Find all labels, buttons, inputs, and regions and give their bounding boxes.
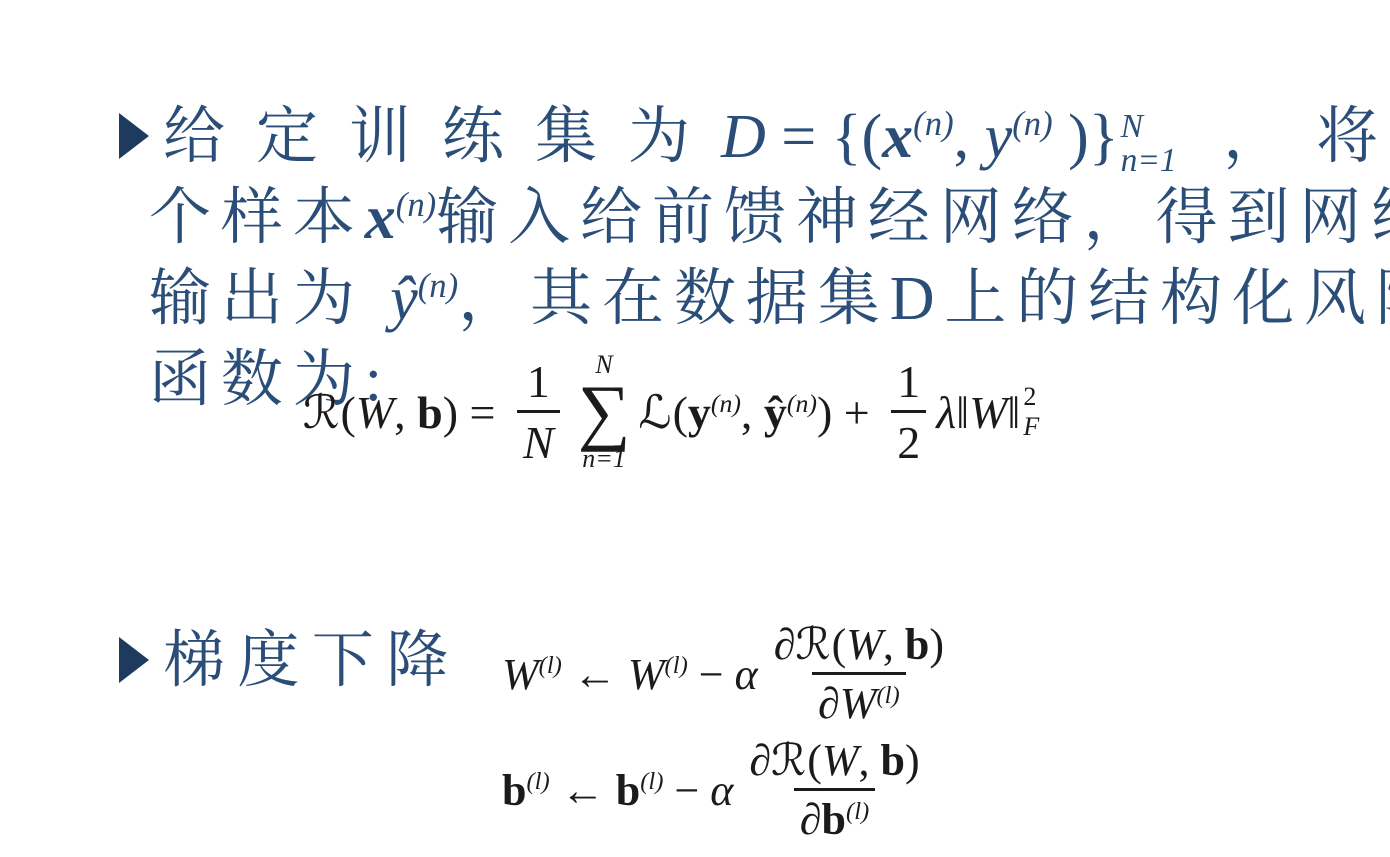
- set-limits: Nn=1: [1121, 110, 1177, 178]
- fraction-1-over-N: 1N: [517, 356, 560, 469]
- math-var-y: y: [985, 103, 1013, 171]
- math-var-x: x: [882, 103, 913, 171]
- math-var-W: W: [628, 650, 665, 699]
- math-var-b: b: [881, 736, 905, 785]
- partial: ∂: [800, 795, 822, 844]
- denominator: ∂W(l): [812, 672, 906, 728]
- numerator: 1: [891, 356, 926, 411]
- text-line-1: 给定训练集为D = {(x(n), y(n) )}Nn=1 ，将每: [26, 16, 1380, 97]
- numerator: 1: [521, 356, 556, 411]
- left-arrow-icon: ←: [550, 766, 616, 815]
- math-var-b: b: [822, 795, 846, 844]
- numerator: ∂ℛ(W, b): [768, 620, 950, 672]
- math-token: = {(: [766, 103, 882, 171]
- math-var-b: b: [417, 387, 443, 438]
- paren: (: [340, 387, 355, 438]
- bullet-triangle-icon: [119, 113, 149, 159]
- norm-sup-sub: 2F: [1023, 382, 1039, 442]
- norm-subscript-F: F: [1023, 412, 1039, 442]
- text-run: ，其在数据集D上的结构化风险: [458, 265, 1390, 333]
- superscript-l: (l): [526, 768, 549, 795]
- denominator: N: [517, 410, 560, 469]
- math-token: )}: [1053, 103, 1119, 171]
- norm-bar: ‖: [956, 387, 969, 438]
- comma: ,: [859, 736, 881, 785]
- math-var-b: b: [502, 766, 526, 815]
- paragraph-structured-risk: 给定训练集为D = {(x(n), y(n) )}Nn=1 ，将每 个样本x(n…: [26, 16, 1380, 340]
- math-var-W: W: [969, 387, 1007, 438]
- math-row: b(l) ← b(l) − α: [502, 765, 733, 816]
- gradient-fraction: ∂ℛ(W, b) ∂b(l): [743, 736, 925, 845]
- partial: ∂: [774, 620, 796, 669]
- minus: −: [688, 650, 735, 699]
- math-var-W: W: [840, 679, 877, 728]
- gradient-fraction: ∂ℛ(W, b) ∂W(l): [768, 620, 950, 729]
- superscript-l: (l): [640, 768, 663, 795]
- alpha: α: [710, 766, 733, 815]
- partial: ∂: [818, 679, 840, 728]
- formula-structured-risk-wrap: ℛ(W, b) = 1N N∑n=1 ℒ(y(n), ŷ(n)) + 12 λ‖…: [0, 352, 1390, 472]
- superscript-n: (n): [913, 104, 953, 143]
- partial: ∂: [749, 736, 771, 785]
- math-row: λ‖W‖: [936, 386, 1020, 439]
- comma: ,: [394, 387, 417, 438]
- superscript-l: (l): [876, 682, 899, 709]
- math-var-W: W: [502, 650, 539, 699]
- paren: ): [929, 620, 944, 669]
- left-arrow-icon: ←: [562, 650, 628, 699]
- denominator: 2: [891, 410, 926, 469]
- paren: (: [673, 387, 688, 438]
- superscript-n: (n): [711, 389, 741, 418]
- math-token: ,: [954, 103, 985, 171]
- equals: ) =: [443, 387, 507, 438]
- aligned-equations: W(l) ← W(l) − α ∂ℛ(W, b) ∂W(l) b(l) ← b(…: [502, 616, 960, 848]
- math-var-y: y: [688, 387, 711, 438]
- script-R: ℛ: [771, 735, 806, 786]
- math-row: W(l) ← W(l) − α: [502, 649, 758, 700]
- text-run: 给定训练集为: [163, 103, 721, 171]
- numerator: ∂ℛ(W, b): [743, 736, 925, 788]
- math-var-x: x: [365, 184, 396, 252]
- superscript-n: (n): [1012, 104, 1052, 143]
- text-run: 输入给前馈神经网络，得到网络: [436, 184, 1390, 252]
- text-run: 输出为: [149, 265, 390, 333]
- formula-structured-risk: ℛ(W, b) = 1N N∑n=1 ℒ(y(n), ŷ(n)) + 12 λ‖…: [303, 352, 1039, 472]
- math-var-yhat: ŷ: [390, 265, 418, 333]
- lambda: λ: [936, 387, 956, 438]
- formula-bias-update: b(l) ← b(l) − α ∂ℛ(W, b) ∂b(l): [502, 732, 936, 848]
- script-L: ℒ: [638, 385, 671, 439]
- text-run: 个样本: [149, 184, 365, 252]
- superscript-n: (n): [418, 266, 458, 305]
- comma: ,: [741, 387, 764, 438]
- superscript-l: (l): [665, 652, 688, 679]
- paren: (: [807, 736, 822, 785]
- slide: 给定训练集为D = {(x(n), y(n) )}Nn=1 ，将每 个样本x(n…: [0, 0, 1390, 857]
- minus: −: [663, 766, 710, 815]
- paren: (: [832, 620, 847, 669]
- text-line: 梯度下降: [26, 540, 1380, 621]
- math-var-W: W: [822, 736, 859, 785]
- norm-bar: ‖: [1007, 387, 1020, 438]
- superscript-l: (l): [846, 798, 869, 825]
- comma: ,: [883, 620, 905, 669]
- summation: N∑n=1: [578, 352, 631, 472]
- sigma-icon: ∑: [578, 378, 631, 446]
- formula-weight-update: W(l) ← W(l) − α ∂ℛ(W, b) ∂W(l): [502, 616, 960, 732]
- script-R: ℛ: [303, 385, 340, 439]
- math-row: ℛ(W, b) =: [303, 385, 507, 439]
- math-var-W: W: [846, 620, 883, 669]
- superscript-n: (n): [396, 185, 436, 224]
- math-var-W: W: [356, 387, 394, 438]
- alpha: α: [735, 650, 758, 699]
- norm-exponent: 2: [1023, 382, 1039, 412]
- math-var-D: D: [721, 103, 766, 171]
- paragraph-gradient-descent: 梯度下降: [26, 540, 1380, 621]
- superscript-n: (n): [787, 389, 817, 418]
- paren: ): [905, 736, 920, 785]
- paren: ): [817, 387, 832, 438]
- math-var-b: b: [616, 766, 640, 815]
- math-row: ℒ(y(n), ŷ(n)) +: [638, 385, 881, 439]
- sum-lower-limit: n=1: [582, 446, 626, 472]
- fraction-1-over-2: 12: [891, 356, 926, 469]
- superscript-l: (l): [539, 652, 562, 679]
- math-var-b: b: [905, 620, 929, 669]
- math-var-yhat: ŷ: [764, 387, 787, 438]
- plus: +: [832, 387, 881, 438]
- limit-bottom: n=1: [1121, 144, 1177, 178]
- limit-top: N: [1121, 110, 1177, 144]
- denominator: ∂b(l): [794, 788, 875, 844]
- script-R: ℛ: [795, 619, 830, 670]
- text-run: ，将每: [1177, 103, 1390, 171]
- gradient-descent-formulas: W(l) ← W(l) − α ∂ℛ(W, b) ∂W(l) b(l) ← b(…: [0, 616, 1390, 848]
